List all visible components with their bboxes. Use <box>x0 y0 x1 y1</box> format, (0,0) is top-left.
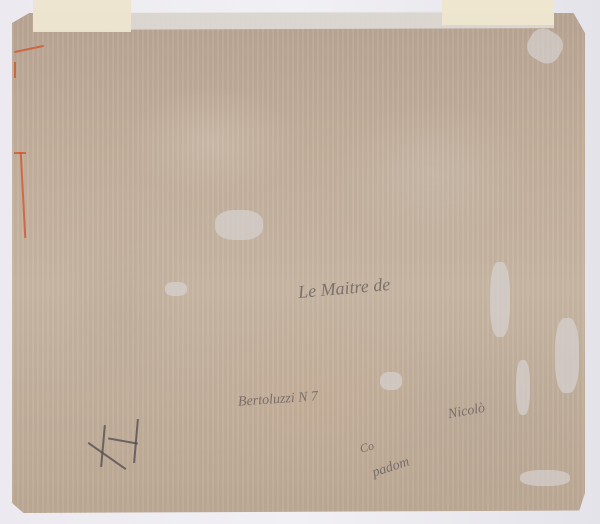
worn-patch <box>490 262 510 337</box>
tape-piece-left <box>33 0 131 32</box>
worn-patch <box>555 318 579 393</box>
red-pencil-mark <box>14 62 16 78</box>
worn-patch <box>215 210 263 240</box>
worn-patch <box>516 360 530 415</box>
tape-piece-right <box>442 0 554 25</box>
worn-patch <box>165 282 187 296</box>
worn-patch <box>520 470 570 486</box>
worn-patch <box>380 372 402 390</box>
